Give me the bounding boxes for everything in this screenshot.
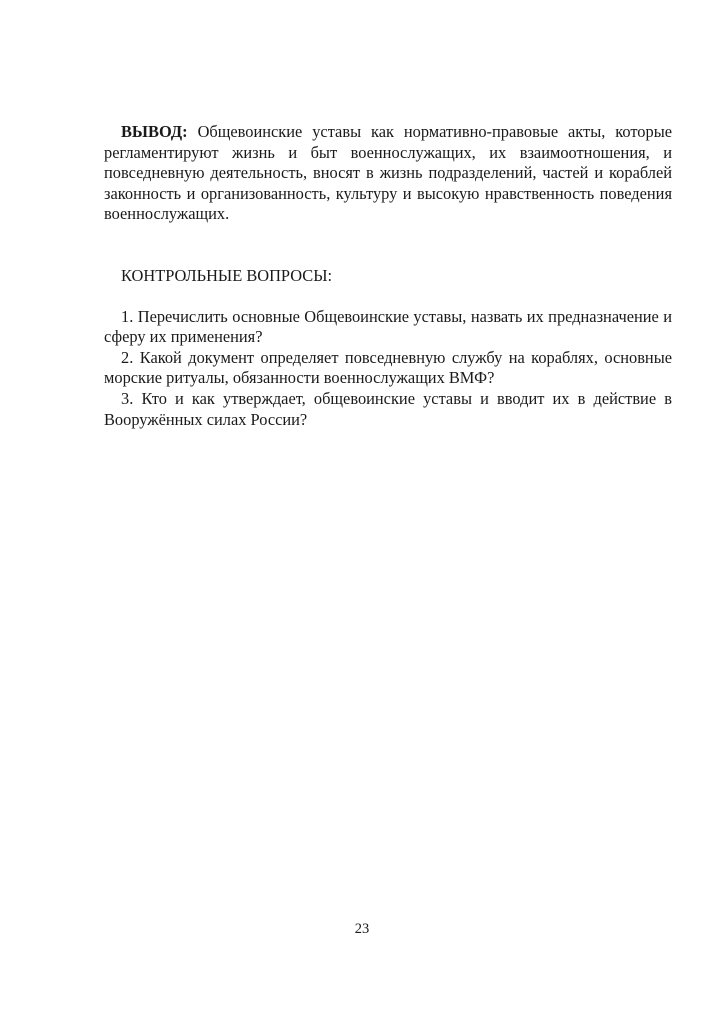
question-item: 2. Какой документ определяет повседневну… xyxy=(104,348,672,389)
control-questions-heading: КОНТРОЛЬНЫЕ ВОПРОСЫ: xyxy=(104,266,672,287)
document-page: ВЫВОД: Общевоинские уставы как нормативн… xyxy=(104,122,672,430)
conclusion-paragraph: ВЫВОД: Общевоинские уставы как нормативн… xyxy=(104,122,672,225)
question-item: 1. Перечислить основные Общевоинские уст… xyxy=(104,307,672,348)
question-number: 1. xyxy=(121,307,133,326)
control-questions-list: 1. Перечислить основные Общевоинские уст… xyxy=(104,307,672,431)
conclusion-label: ВЫВОД: xyxy=(121,122,188,141)
question-text: Перечислить основные Общевоинские уставы… xyxy=(104,307,672,347)
page-number: 23 xyxy=(0,920,724,938)
question-number: 3. xyxy=(121,389,133,408)
question-text: Какой документ определяет повседневную с… xyxy=(104,348,672,388)
conclusion-text: Общевоинские уставы как нормативно-право… xyxy=(104,122,672,223)
question-item: 3. Кто и как утверждает, общевоинские ус… xyxy=(104,389,672,430)
question-number: 2. xyxy=(121,348,133,367)
question-text: Кто и как утверждает, общевоинские устав… xyxy=(104,389,672,429)
